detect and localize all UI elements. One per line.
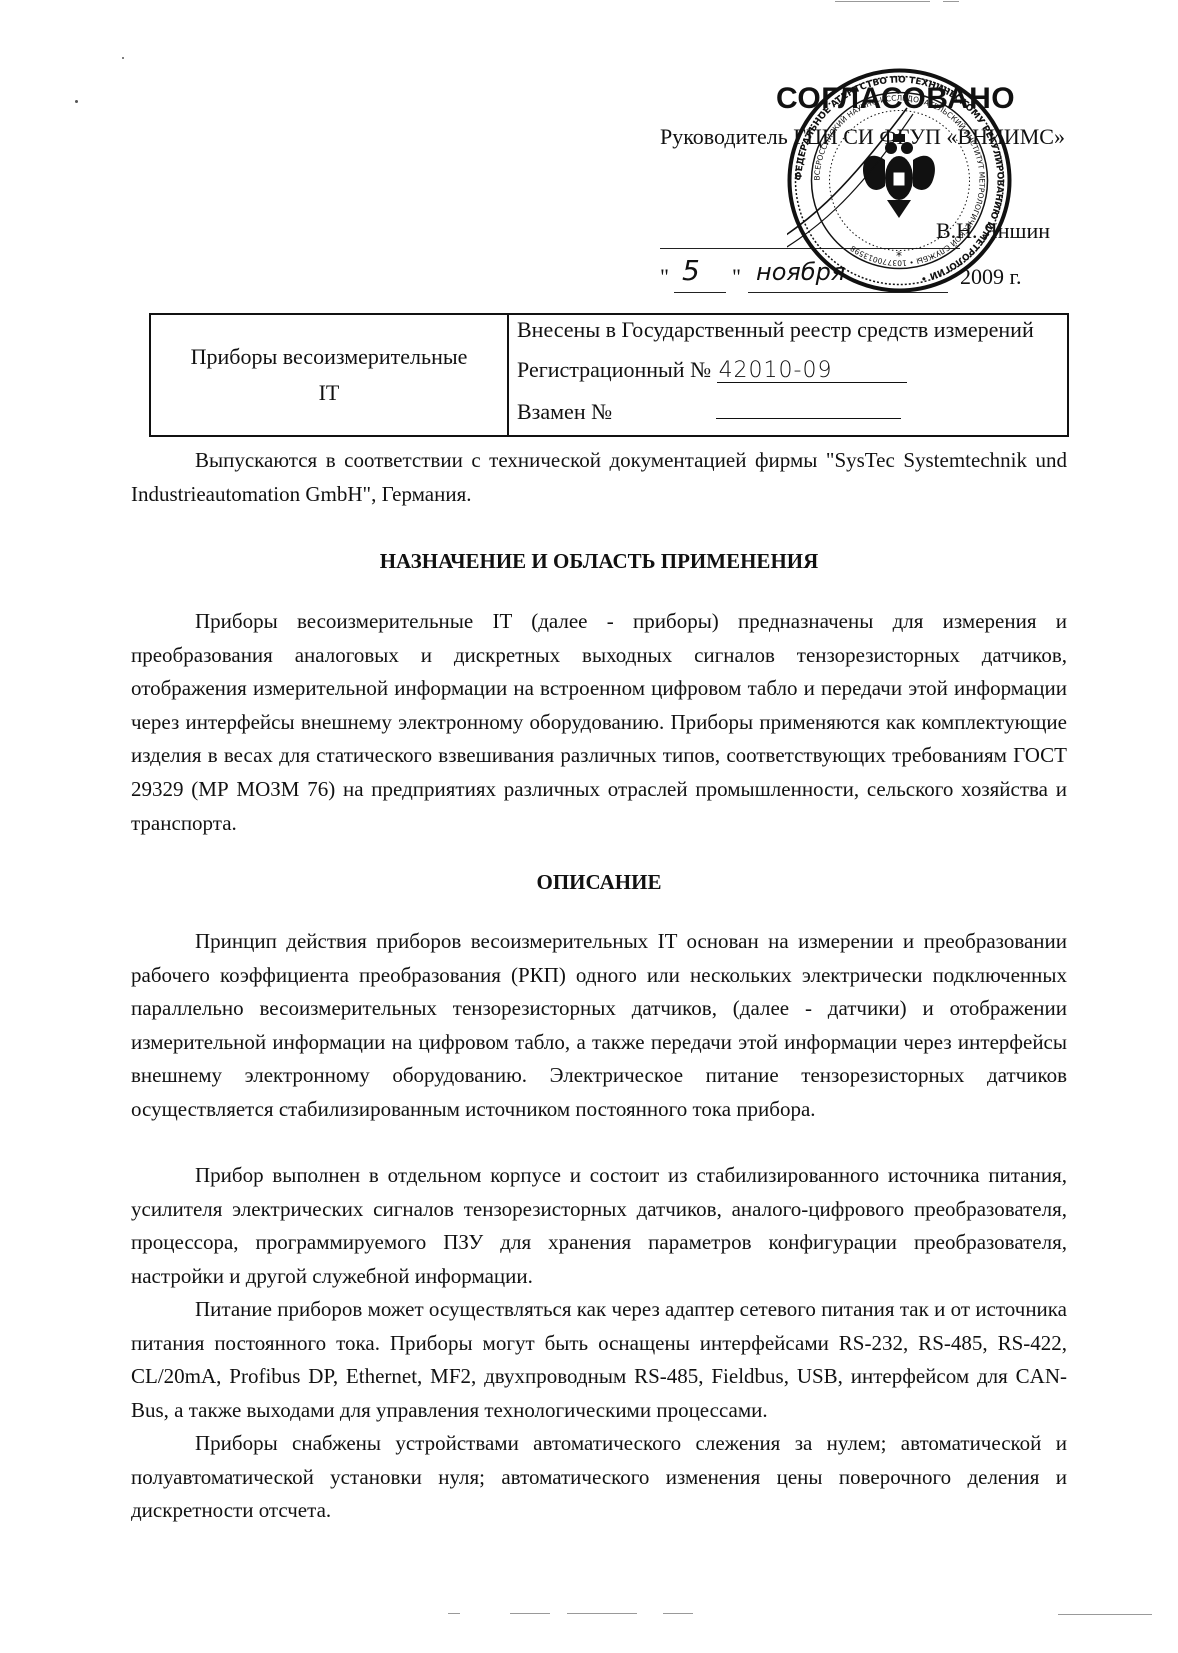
date-quote-open: " (660, 264, 669, 290)
scan-artifact-bottom (663, 1613, 693, 1614)
registration-label: Регистрационный № (517, 357, 711, 382)
scan-artifact-top (835, 1, 930, 2)
scan-artifact-bottom (1058, 1614, 1152, 1615)
scan-artifact-top-2 (943, 1, 959, 2)
scan-speck (75, 100, 78, 103)
scan-artifact-bottom (448, 1613, 460, 1614)
registration-row: Регистрационный № 42010-09 (517, 357, 907, 383)
date-day-line (674, 292, 726, 293)
registration-number: 42010-09 (717, 360, 907, 383)
svg-text:*: * (896, 249, 902, 263)
document-page: СОГЛАСОВАНО Руководитель ГЦИ СИ ФГУП «ВН… (0, 0, 1178, 1653)
stamp-seal-icon: ФЕДЕРАЛЬНОЕ АГЕНТСТВО ПО ТЕХНИЧЕСКОМУ РЕ… (787, 68, 1012, 293)
section-heading-purpose: НАЗНАЧЕНИЕ И ОБЛАСТЬ ПРИМЕНЕНИЯ (131, 549, 1067, 574)
purpose-paragraph: Приборы весоизмерительные IT (далее - пр… (131, 605, 1067, 840)
description-paragraph-4: Приборы снабжены устройствами автоматиче… (131, 1427, 1067, 1528)
scan-artifact-bottom (567, 1613, 637, 1614)
scan-speck (122, 57, 124, 59)
replaces-label: Взамен № (517, 399, 612, 424)
product-cell: Приборы весоизмерительные IT (151, 315, 509, 435)
description-paragraph-1: Принцип действия приборов весоизмеритель… (131, 925, 1067, 1127)
section-heading-description: ОПИСАНИЕ (131, 870, 1067, 895)
description-paragraph-3: Питание приборов может осуществляться ка… (131, 1293, 1067, 1427)
date-day-handwritten: 5 (682, 254, 700, 287)
date-quote-close: " (732, 264, 741, 290)
product-name: Приборы весоизмерительные (191, 339, 468, 375)
replaces-value (716, 398, 901, 419)
description-paragraph-2: Прибор выполнен в отдельном корпусе и со… (131, 1159, 1067, 1293)
product-model: IT (319, 375, 340, 411)
registry-entered: Внесены в Государственный реестр средств… (517, 317, 1034, 343)
scan-artifact-bottom (510, 1613, 550, 1614)
intro-paragraph: Выпускаются в соответствии с технической… (131, 444, 1067, 511)
registry-cell: Внесены в Государственный реестр средств… (509, 315, 1067, 435)
registry-table: Приборы весоизмерительные IT Внесены в Г… (149, 313, 1069, 437)
official-stamp: ФЕДЕРАЛЬНОЕ АГЕНТСТВО ПО ТЕХНИЧЕСКОМУ РЕ… (787, 68, 1012, 293)
replaces-row: Взамен № (517, 398, 901, 425)
